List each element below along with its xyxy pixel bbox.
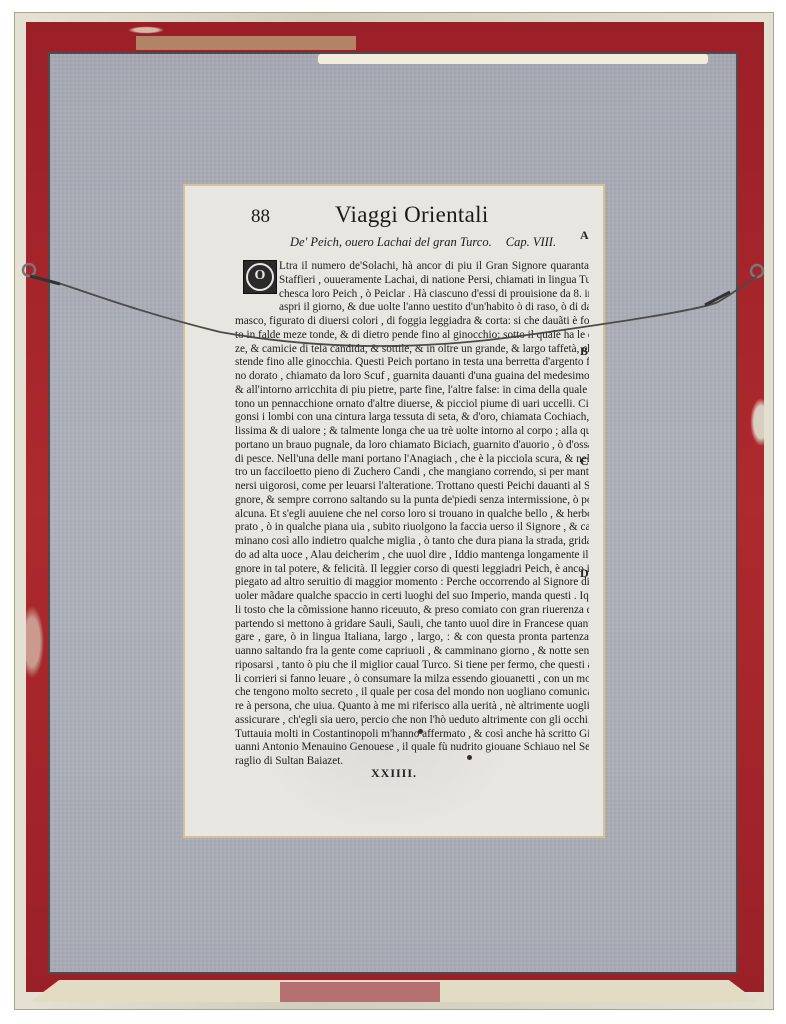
ink-spot [467, 755, 472, 760]
chapter-heading-text: De' Peich, ouero Lachai del gran Turco. [290, 235, 492, 249]
body-text: Ltra il numero de'Solachi, hà ancor di p… [235, 260, 589, 769]
text-line: di pesce. Nell'una delle mani portano l'… [235, 453, 589, 467]
text-line: li corrieri si fanno leuare , ò consumar… [235, 673, 589, 687]
frame-bottom-paint-patch [280, 982, 440, 1002]
text-line: riposarsi , tanto ò piu che il miglior c… [235, 659, 589, 673]
text-line: to in falde meze tonde, & di dietro pend… [235, 329, 589, 343]
text-line: tro un facciloetto pieno di Zuchero Cand… [235, 466, 589, 480]
chapter-label: Cap. VIII. [506, 235, 556, 249]
text-line: no dorato , chiamato da loro Scuf , guar… [235, 370, 589, 384]
running-title: Viaggi Orientali [335, 202, 489, 228]
text-line: assicurare , ch'egli sia uero, percio ch… [235, 714, 589, 728]
text-line: piegato ad altro seruitio di maggior mom… [235, 576, 589, 590]
text-line: uanni Antonio Menauino Genouese , il qua… [235, 741, 589, 755]
text-line: prato , ò in qualche piana uia , subito … [235, 521, 589, 535]
text-line: gnore in tal potere, & felicità. Il legg… [235, 563, 589, 577]
mat-top-highlight [318, 54, 708, 64]
margin-letter-a: A [580, 228, 589, 243]
text-line: re à persona, che uiua. Quanto à me mi r… [235, 700, 589, 714]
text-line: gare , gare, ò in lingua Italiana, largo… [235, 631, 589, 645]
text-line: partendo si mettono à gridare Sauli, Sau… [235, 618, 589, 632]
frame-worn-strip [136, 36, 356, 50]
page-number: 88 [251, 206, 270, 228]
text-line: uoler mãdare qualche spaccio in certi lu… [235, 590, 589, 604]
ink-spot [418, 729, 423, 734]
text-line: Tuttauia molti in Costantinopoli m'hanno… [235, 728, 589, 742]
text-line: ze, & camicie di tela candida, & sottile… [235, 343, 589, 357]
chapter-heading: De' Peich, ouero Lachai del gran Turco.C… [290, 235, 556, 250]
book-page: 88 Viaggi Orientali De' Peich, ouero Lac… [183, 184, 605, 838]
text-line: nersi uigorosi, come per leuarsi l'alter… [235, 480, 589, 494]
text-line: portano un brauo pugnale, da loro chiama… [235, 439, 589, 453]
text-line: che tengono molto secreto , il quale per… [235, 686, 589, 700]
text-line: gonsi i lombi con una cintura larga tess… [235, 411, 589, 425]
text-line: uanno saltando fra la gente come capriuo… [235, 645, 589, 659]
text-line: tono un pennacchione ornato d'altre diue… [235, 398, 589, 412]
text-line: li tosto che la cõmissione hanno riceuut… [235, 604, 589, 618]
text-line: masco, figurato di diuersi colori , di f… [235, 315, 589, 329]
text-line: minano così allo indietro qualche miglia… [235, 535, 589, 549]
text-line: stende fino alle ginocchia. Questi Peich… [235, 356, 589, 370]
folio-signature: XXIIII. [185, 766, 603, 781]
text-line: do ad alta uoce , Alau deicherim , che u… [235, 549, 589, 563]
text-line: gnore, & sempre corrono saltando su la p… [235, 494, 589, 508]
text-line: alcuna. Et s'egli auuiene che nel corso … [235, 508, 589, 522]
text-line: lissima & di ualore ; & talmente longa c… [235, 425, 589, 439]
text-line: Ltra il numero de'Solachi, hà ancor di p… [235, 260, 589, 274]
text-line: & all'intorno arricchita di piu pietre, … [235, 384, 589, 398]
text-line: chesca loro Peich , ò Peiclar . Hà ciasc… [235, 288, 589, 302]
text-line: Staffieri , ouueramente Lachai, di natio… [235, 274, 589, 288]
text-line: aspri il giorno, & due uolte l'anno uest… [235, 301, 589, 315]
